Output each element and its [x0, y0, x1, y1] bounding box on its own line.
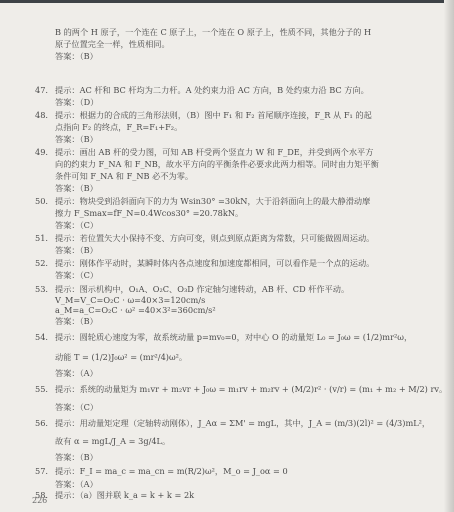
entry-55-line-1: 提示：系统的动量矩为 m₁vr + m₂vr + J₀ω = m₁rv + m₂…: [55, 384, 447, 395]
entry-46-line-2: 原子位置完全一样，性质相同。: [55, 39, 170, 50]
entry-56-line-2: 故有 α = mgL/J_A = 3g/4L。: [55, 436, 170, 447]
entry-51-answer: 答案：（B）: [55, 245, 98, 256]
entry-49-line-2: 向的约束力 F_NA 和 F_NB，故水平方向的平衡条件必要求此两力相等。同时由…: [55, 159, 379, 170]
entry-51-line-1: 提示：若位置矢大小保持不变、方向可变，则点到原点距离为常数，只可能做圆周运动。: [55, 233, 374, 244]
entry-58-line-1: 提示：（a）图并联 k_a = k + k = 2k: [55, 490, 194, 501]
entry-51-number: 51.: [35, 233, 48, 244]
entry-49-line-1: 提示：画出 AB 杆的受力图，可知 AB 杆受两个竖直力 W 和 F_DE，并受…: [55, 147, 373, 158]
entry-53-line-3: a_M=a_C=O₂C · ω² =40×3²=360cm/s²: [55, 305, 216, 316]
entry-48-number: 48.: [35, 110, 48, 121]
entry-53-line-1: 提示：图示机构中，O₁A、O₂C、O₃D 作定轴匀速转动，AB 杆、CD 杆作平…: [55, 284, 349, 295]
entry-56-answer: 答案：（B）: [55, 452, 98, 463]
entry-50-line-1: 提示：物块受到沿斜面向下的力为 Wsin30° =30kN，大于沿斜面向上的最大…: [55, 196, 370, 207]
entry-48-line-1: 提示：根据力的合成的三角形法则，（B）图中 F₁ 和 F₂ 首尾顺序连接，F_R…: [55, 110, 372, 121]
entry-52-line-1: 提示：刚体作平动时，某瞬时体内各点速度和加速度都相同，可以看作是一个点的运动。: [55, 258, 374, 269]
entry-50-answer: 答案：（C）: [55, 220, 98, 231]
textbook-page: B 的两个 H 原子，一个连在 C 原子上，一个连在 O 原子上，性质不同，其他…: [0, 0, 454, 512]
page-number: 226: [32, 495, 47, 506]
entry-47-answer: 答案：（D）: [55, 97, 98, 108]
entry-48-answer: 答案：（B）: [55, 134, 98, 145]
entry-47-line-1: 提示：AC 杆和 BC 杆均为二力杆。A 处约束力沿 AC 方向，B 处约束力沿…: [55, 85, 369, 96]
entry-54-line-2: 动能 T = (1/2)J₀ω² = (mr²/4)ω²。: [55, 352, 187, 363]
entry-54-answer: 答案：（A）: [55, 368, 98, 379]
entry-52-answer: 答案：（C）: [55, 270, 98, 281]
entry-49-line-3: 条件可知 F_NA 和 F_NB 必不为零。: [55, 171, 193, 182]
entry-57-number: 57.: [35, 466, 48, 477]
entry-53-number: 53.: [35, 284, 48, 295]
entry-54-line-1: 提示：圆轮质心速度为零，故系统动量 p=mv₀=0，对中心 O 的动量矩 L₀ …: [55, 332, 412, 343]
entry-49-number: 49.: [35, 147, 48, 158]
entry-56-line-1: 提示：用动量矩定理（定轴转动刚体），J_Aα = ΣM' = mgL，其中，J_…: [55, 418, 430, 429]
scan-binding-shadow: [444, 0, 454, 512]
entry-46-line-1: B 的两个 H 原子，一个连在 C 原子上，一个连在 O 原子上，性质不同，其他…: [55, 27, 371, 38]
entry-55-answer: 答案：（C）: [55, 402, 98, 413]
entry-47-number: 47.: [35, 85, 48, 96]
entry-57-line-1: 提示：F_I = ma_c = ma_cn = m(R/2)ω²，M_o = J…: [55, 466, 288, 477]
entry-48-line-2: 点指向 F₂ 的终点，F_R=F₁+F₂。: [55, 122, 182, 133]
entry-52-number: 52.: [35, 258, 48, 269]
entry-56-number: 56.: [35, 418, 48, 429]
entry-54-number: 54.: [35, 332, 48, 343]
entry-55-number: 55.: [35, 384, 48, 395]
entry-50-line-2: 擦力 F_Smax=fF_N=0.4Wcos30° =20.78kN。: [55, 208, 243, 219]
entry-46-answer: 答案：（B）: [55, 51, 98, 62]
entry-49-answer: 答案：（B）: [55, 183, 98, 194]
entry-53-answer: 答案：（B）: [55, 316, 98, 327]
entry-57-answer: 答案：（A）: [55, 479, 98, 490]
entry-50-number: 50.: [35, 196, 48, 207]
